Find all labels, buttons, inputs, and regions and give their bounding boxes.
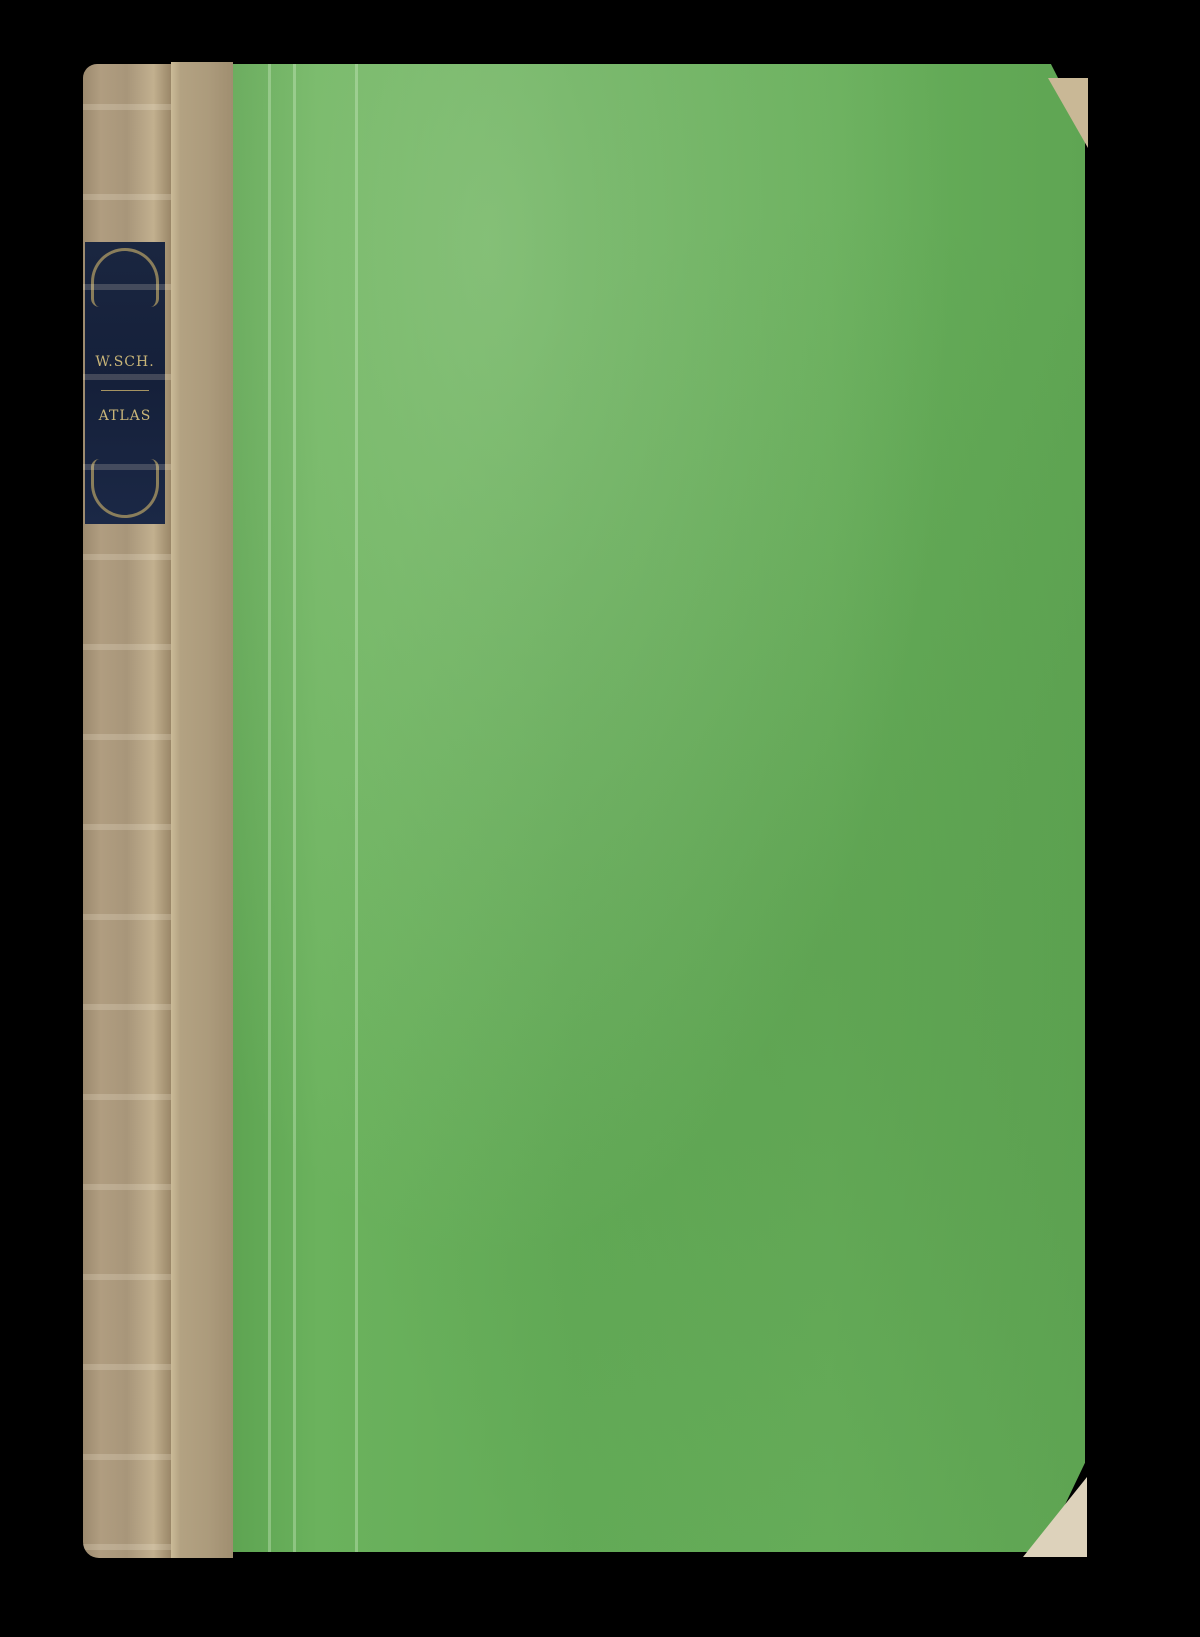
cover-fold-line (268, 64, 271, 1552)
book-spine: W.SCH. ATLAS (83, 64, 171, 1558)
book: W.SCH. ATLAS (83, 62, 1087, 1562)
cover-fold-line (293, 64, 296, 1552)
spine-joint (171, 62, 233, 1558)
spine-label-rule (101, 390, 149, 391)
front-cover (233, 64, 1085, 1552)
spine-label: W.SCH. ATLAS (85, 242, 165, 524)
spine-label-line2: ATLAS (85, 408, 165, 424)
spine-label-line1: W.SCH. (85, 354, 165, 370)
ornament-icon (91, 459, 159, 518)
ornament-icon (91, 248, 159, 307)
cover-fold-line (355, 64, 358, 1552)
